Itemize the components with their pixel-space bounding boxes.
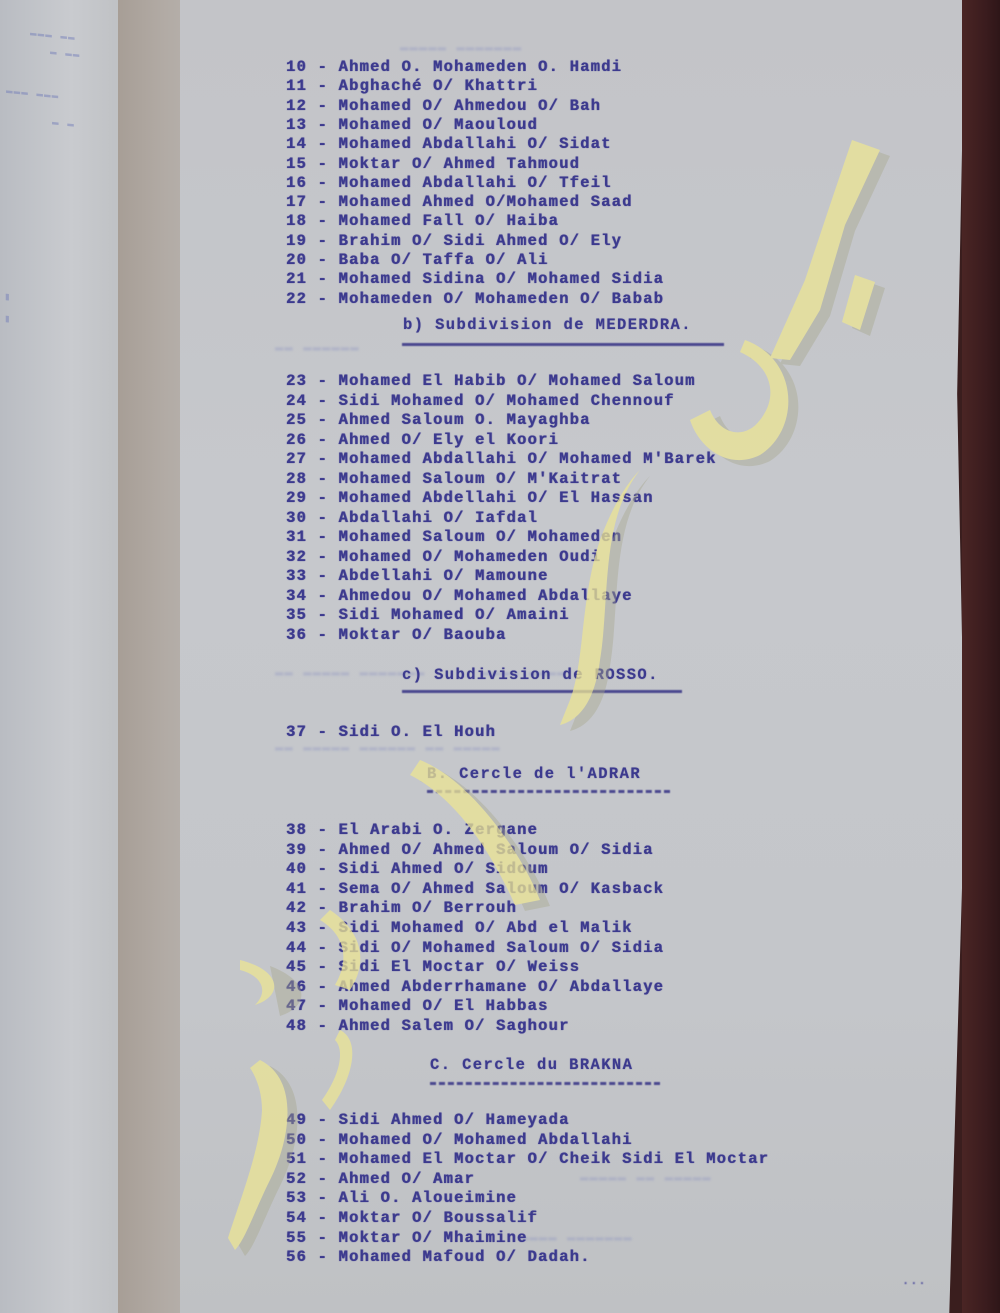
entry-dash: -: [307, 470, 339, 488]
entry-number: 17: [286, 193, 307, 211]
list-item: 27 - Mohamed Abdallahi O/ Mohamed M'Bare…: [286, 452, 717, 468]
entry-dash: -: [307, 978, 339, 996]
entry-name: Ahmed O/ Ely el Koori: [339, 431, 560, 449]
show-through-text: ▬▬ ▬▬▬▬▬▬: [275, 340, 360, 356]
entry-name: Ahmed O. Mohameden O. Hamdi: [339, 58, 623, 76]
entry-name: Mohamed Mafoud O/ Dadah.: [339, 1248, 591, 1266]
entry-name: Brahim O/ Sidi Ahmed O/ Ely: [339, 232, 623, 250]
entry-dash: -: [307, 232, 339, 250]
entry-name: Mohamed Saloum O/ M'Kaitrat: [339, 470, 623, 488]
entry-name: Ahmed Abderrhamane O/ Abdallaye: [339, 978, 665, 996]
entry-name: Mohamed Abdallahi O/ Mohamed M'Barek: [339, 450, 717, 468]
entry-number: 33: [286, 567, 307, 585]
entry-name: Baba O/ Taffa O/ Ali: [339, 251, 549, 269]
entry-dash: -: [307, 509, 339, 527]
entry-name: Mohamed Saloum O/ Mohameden: [339, 528, 623, 546]
list-item: 24 - Sidi Mohamed O/ Mohamed Chennouf: [286, 394, 675, 410]
entry-number: 47: [286, 997, 307, 1015]
entry-name: Abghaché O/ Khattri: [339, 77, 539, 95]
entry-number: 24: [286, 392, 307, 410]
entry-name: Mohamed Abdallahi O/ Tfeil: [339, 174, 612, 192]
entry-dash: -: [307, 251, 339, 269]
entry-dash: -: [307, 880, 339, 898]
entry-dash: -: [307, 212, 339, 230]
list-item: 28 - Mohamed Saloum O/ M'Kaitrat: [286, 472, 622, 488]
entry-name: Moktar O/ Boussalif: [339, 1209, 539, 1227]
list-item: 20 - Baba O/ Taffa O/ Ali: [286, 253, 549, 269]
entry-number: 19: [286, 232, 307, 250]
list-item: 39 - Ahmed O/ Ahmed Saloum O/ Sidia: [286, 843, 654, 859]
list-item: 43 - Sidi Mohamed O/ Abd el Malik: [286, 921, 633, 937]
list-item: 19 - Brahim O/ Sidi Ahmed O/ Ely: [286, 234, 622, 250]
entry-number: 14: [286, 135, 307, 153]
list-item: 54 - Moktar O/ Boussalif: [286, 1211, 538, 1227]
entry-dash: -: [307, 58, 339, 76]
list-item: 26 - Ahmed O/ Ely el Koori: [286, 433, 559, 449]
heading-underline: [427, 790, 670, 793]
entry-number: 36: [286, 626, 307, 644]
list-item: 13 - Mohamed O/ Maouloud: [286, 118, 538, 134]
show-through-text: ▬▬▬▬ ▬▬▬▬▬▬▬: [520, 1230, 633, 1246]
entry-number: 43: [286, 919, 307, 937]
list-item: 52 - Ahmed O/ Amar: [286, 1172, 475, 1188]
entry-name: Ahmed Saloum O. Mayaghba: [339, 411, 591, 429]
entry-number: 48: [286, 1017, 307, 1035]
entry-dash: -: [307, 1131, 339, 1149]
list-item: 38 - El Arabi O. Zergane: [286, 823, 538, 839]
entry-number: 23: [286, 372, 307, 390]
entry-name: Ahmed O/ Ahmed Saloum O/ Sidia: [339, 841, 654, 859]
entry-dash: -: [307, 77, 339, 95]
list-item: 44 - Sidi O/ Mohamed Saloum O/ Sidia: [286, 941, 664, 957]
entry-number: 13: [286, 116, 307, 134]
list-item: 41 - Sema O/ Ahmed Saloum O/ Kasback: [286, 882, 664, 898]
entry-dash: -: [307, 841, 339, 859]
entry-name: Mohamed O/ Mohameden Oudi: [339, 548, 602, 566]
entry-dash: -: [307, 821, 339, 839]
entry-name: Sidi Ahmed O/ Sidoum: [339, 860, 549, 878]
entry-dash: -: [307, 548, 339, 566]
show-through-text: ▬▬ ▬▬▬▬▬ ▬▬▬▬▬▬ ▬▬ ▬▬▬▬▬: [275, 740, 501, 756]
entry-number: 21: [286, 270, 307, 288]
entry-dash: -: [307, 587, 339, 605]
list-item: 50 - Mohamed O/ Mohamed Abdallahi: [286, 1133, 633, 1149]
entry-name: Ahmedou O/ Mohamed Abdallaye: [339, 587, 633, 605]
entry-dash: -: [307, 860, 339, 878]
entry-dash: -: [307, 939, 339, 957]
entry-name: Sidi El Moctar O/ Weiss: [339, 958, 581, 976]
entry-name: Moktar O/ Mhaimine: [339, 1229, 528, 1247]
entry-number: 31: [286, 528, 307, 546]
entry-number: 53: [286, 1189, 307, 1207]
entry-number: 44: [286, 939, 307, 957]
entry-dash: -: [307, 290, 339, 308]
entry-name: Moktar O/ Ahmed Tahmoud: [339, 155, 581, 173]
entry-dash: -: [307, 489, 339, 507]
entry-name: Mohamed O/ El Habbas: [339, 997, 549, 1015]
list-item: 10 - Ahmed O. Mohameden O. Hamdi: [286, 60, 622, 76]
entry-number: 15: [286, 155, 307, 173]
list-item: 56 - Mohamed Mafoud O/ Dadah.: [286, 1250, 591, 1266]
entry-name: Abdellahi O/ Mamoune: [339, 567, 549, 585]
entry-name: El Arabi O. Zergane: [339, 821, 539, 839]
entry-name: Sidi Mohamed O/ Abd el Malik: [339, 919, 633, 937]
section-heading: C. Cercle du BRAKNA: [430, 1056, 633, 1074]
entry-number: 42: [286, 899, 307, 917]
entry-name: Mohamed Abdellahi O/ El Hassan: [339, 489, 654, 507]
entry-number: 50: [286, 1131, 307, 1149]
entry-dash: -: [307, 899, 339, 917]
entry-number: 39: [286, 841, 307, 859]
entry-name: Sidi Mohamed O/ Amaini: [339, 606, 570, 624]
entry-dash: -: [307, 919, 339, 937]
entry-dash: -: [307, 606, 339, 624]
entry-number: 49: [286, 1111, 307, 1129]
entry-name: Sidi Ahmed O/ Hameyada: [339, 1111, 570, 1129]
entry-number: 46: [286, 978, 307, 996]
entry-number: 26: [286, 431, 307, 449]
entry-number: 18: [286, 212, 307, 230]
entry-name: Abdallahi O/ Iafdal: [339, 509, 539, 527]
list-item: 49 - Sidi Ahmed O/ Hameyada: [286, 1113, 570, 1129]
entry-dash: -: [307, 116, 339, 134]
entry-number: 25: [286, 411, 307, 429]
entry-number: 20: [286, 251, 307, 269]
list-item: 31 - Mohamed Saloum O/ Mohameden: [286, 530, 622, 546]
entry-dash: -: [307, 958, 339, 976]
list-item: 32 - Mohamed O/ Mohameden Oudi: [286, 550, 601, 566]
entry-name: Ahmed O/ Amar: [339, 1170, 476, 1188]
heading-underline: [402, 343, 724, 346]
entry-name: Sema O/ Ahmed Saloum O/ Kasback: [339, 880, 665, 898]
list-item: 29 - Mohamed Abdellahi O/ El Hassan: [286, 491, 654, 507]
list-item: 34 - Ahmedou O/ Mohamed Abdallaye: [286, 589, 633, 605]
show-through-text: ▬▬▬▬▬ ▬▬▬▬▬▬▬: [400, 40, 522, 56]
list-item: 23 - Mohamed El Habib O/ Mohamed Saloum: [286, 374, 696, 390]
entry-number: 56: [286, 1248, 307, 1266]
list-item: 42 - Brahim O/ Berrouh: [286, 901, 517, 917]
entry-name: Ahmed Salem O/ Saghour: [339, 1017, 570, 1035]
section-heading: c) Subdivision de ROSSO.: [402, 666, 659, 684]
entry-name: Moktar O/ Baouba: [339, 626, 507, 644]
entry-name: Sidi O/ Mohamed Saloum O/ Sidia: [339, 939, 665, 957]
list-item: 37 - Sidi O. El Houh: [286, 725, 496, 741]
list-item: 36 - Moktar O/ Baouba: [286, 628, 507, 644]
list-item: 46 - Ahmed Abderrhamane O/ Abdallaye: [286, 980, 664, 996]
entry-number: 16: [286, 174, 307, 192]
heading-underline: [402, 690, 682, 693]
entry-dash: -: [307, 392, 339, 410]
list-item: 51 - Mohamed El Moctar O/ Cheik Sidi El …: [286, 1152, 769, 1168]
entry-dash: -: [307, 193, 339, 211]
entry-number: 28: [286, 470, 307, 488]
entry-dash: -: [307, 270, 339, 288]
entry-dash: -: [307, 1017, 339, 1035]
entry-dash: -: [307, 1248, 339, 1266]
list-item: 33 - Abdellahi O/ Mamoune: [286, 569, 549, 585]
list-item: 11 - Abghaché O/ Khattri: [286, 79, 538, 95]
entry-name: Mohamed O/ Maouloud: [339, 116, 539, 134]
entry-name: Ali O. Aloueimine: [339, 1189, 518, 1207]
entry-number: 22: [286, 290, 307, 308]
show-through-text: ▬▬▬▬▬ ▬▬ ▬▬▬▬▬: [580, 1170, 712, 1186]
entry-name: Mohamed El Habib O/ Mohamed Saloum: [339, 372, 696, 390]
list-item: 53 - Ali O. Aloueimine: [286, 1191, 517, 1207]
list-item: 25 - Ahmed Saloum O. Mayaghba: [286, 413, 591, 429]
entry-dash: -: [307, 1209, 339, 1227]
entry-number: 11: [286, 77, 307, 95]
entry-dash: -: [307, 174, 339, 192]
entry-number: 41: [286, 880, 307, 898]
list-item: 40 - Sidi Ahmed O/ Sidoum: [286, 862, 549, 878]
entry-dash: -: [307, 431, 339, 449]
entry-name: Mohamed Sidina O/ Mohamed Sidia: [339, 270, 665, 288]
entry-dash: -: [307, 155, 339, 173]
entry-dash: -: [307, 1189, 339, 1207]
section-heading: B. Cercle de l'ADRAR: [427, 765, 641, 783]
entry-number: 55: [286, 1229, 307, 1247]
list-item: 16 - Mohamed Abdallahi O/ Tfeil: [286, 176, 612, 192]
entry-number: 29: [286, 489, 307, 507]
heading-underline: [430, 1082, 660, 1085]
entry-dash: -: [307, 997, 339, 1015]
entry-name: Mohamed Ahmed O/Mohamed Saad: [339, 193, 633, 211]
entry-name: Sidi Mohamed O/ Mohamed Chennouf: [339, 392, 675, 410]
entry-number: 51: [286, 1150, 307, 1168]
entry-dash: -: [307, 1229, 339, 1247]
list-item: 45 - Sidi El Moctar O/ Weiss: [286, 960, 580, 976]
entry-dash: -: [307, 411, 339, 429]
section-heading: b) Subdivision de MEDERDRA.: [403, 316, 692, 334]
page-mark: ...: [902, 1274, 927, 1288]
entry-number: 45: [286, 958, 307, 976]
entry-number: 10: [286, 58, 307, 76]
list-item: 18 - Mohamed Fall O/ Haiba: [286, 214, 559, 230]
entry-name: Brahim O/ Berrouh: [339, 899, 518, 917]
entry-number: 37: [286, 723, 307, 741]
entry-number: 52: [286, 1170, 307, 1188]
entry-name: Sidi O. El Houh: [339, 723, 497, 741]
entry-name: Mohamed Abdallahi O/ Sidat: [339, 135, 612, 153]
entry-number: 35: [286, 606, 307, 624]
entry-number: 27: [286, 450, 307, 468]
entry-name: Mohamed O/ Ahmedou O/ Bah: [339, 97, 602, 115]
entry-number: 34: [286, 587, 307, 605]
list-item: 48 - Ahmed Salem O/ Saghour: [286, 1019, 570, 1035]
entry-dash: -: [307, 97, 339, 115]
entry-dash: -: [307, 135, 339, 153]
typed-list: ▬▬▬▬▬ ▬▬▬▬▬▬▬ ▬▬ ▬▬▬▬▬▬ ▬▬ ▬▬▬▬▬ ▬▬▬▬▬▬▬…: [0, 0, 1000, 1313]
list-item: 47 - Mohamed O/ El Habbas: [286, 999, 549, 1015]
list-item: 12 - Mohamed O/ Ahmedou O/ Bah: [286, 99, 601, 115]
entry-dash: -: [307, 1111, 339, 1129]
list-item: 22 - Mohameden O/ Mohameden O/ Babab: [286, 292, 664, 308]
entry-dash: -: [307, 567, 339, 585]
entry-dash: -: [307, 1170, 339, 1188]
entry-name: Mohamed O/ Mohamed Abdallahi: [339, 1131, 633, 1149]
entry-number: 32: [286, 548, 307, 566]
entry-dash: -: [307, 1150, 339, 1168]
entry-dash: -: [307, 450, 339, 468]
entry-number: 38: [286, 821, 307, 839]
list-item: 35 - Sidi Mohamed O/ Amaini: [286, 608, 570, 624]
list-item: 17 - Mohamed Ahmed O/Mohamed Saad: [286, 195, 633, 211]
entry-dash: -: [307, 723, 339, 741]
list-item: 14 - Mohamed Abdallahi O/ Sidat: [286, 137, 612, 153]
list-item: 30 - Abdallahi O/ Iafdal: [286, 511, 538, 527]
entry-name: Mohameden O/ Mohameden O/ Babab: [339, 290, 665, 308]
list-item: 21 - Mohamed Sidina O/ Mohamed Sidia: [286, 272, 664, 288]
entry-number: 30: [286, 509, 307, 527]
entry-name: Mohamed El Moctar O/ Cheik Sidi El Mocta…: [339, 1150, 770, 1168]
entry-number: 54: [286, 1209, 307, 1227]
entry-number: 40: [286, 860, 307, 878]
list-item: 55 - Moktar O/ Mhaimine: [286, 1231, 528, 1247]
entry-dash: -: [307, 372, 339, 390]
entry-number: 12: [286, 97, 307, 115]
entry-name: Mohamed Fall O/ Haiba: [339, 212, 560, 230]
list-item: 15 - Moktar O/ Ahmed Tahmoud: [286, 157, 580, 173]
entry-dash: -: [307, 528, 339, 546]
entry-dash: -: [307, 626, 339, 644]
